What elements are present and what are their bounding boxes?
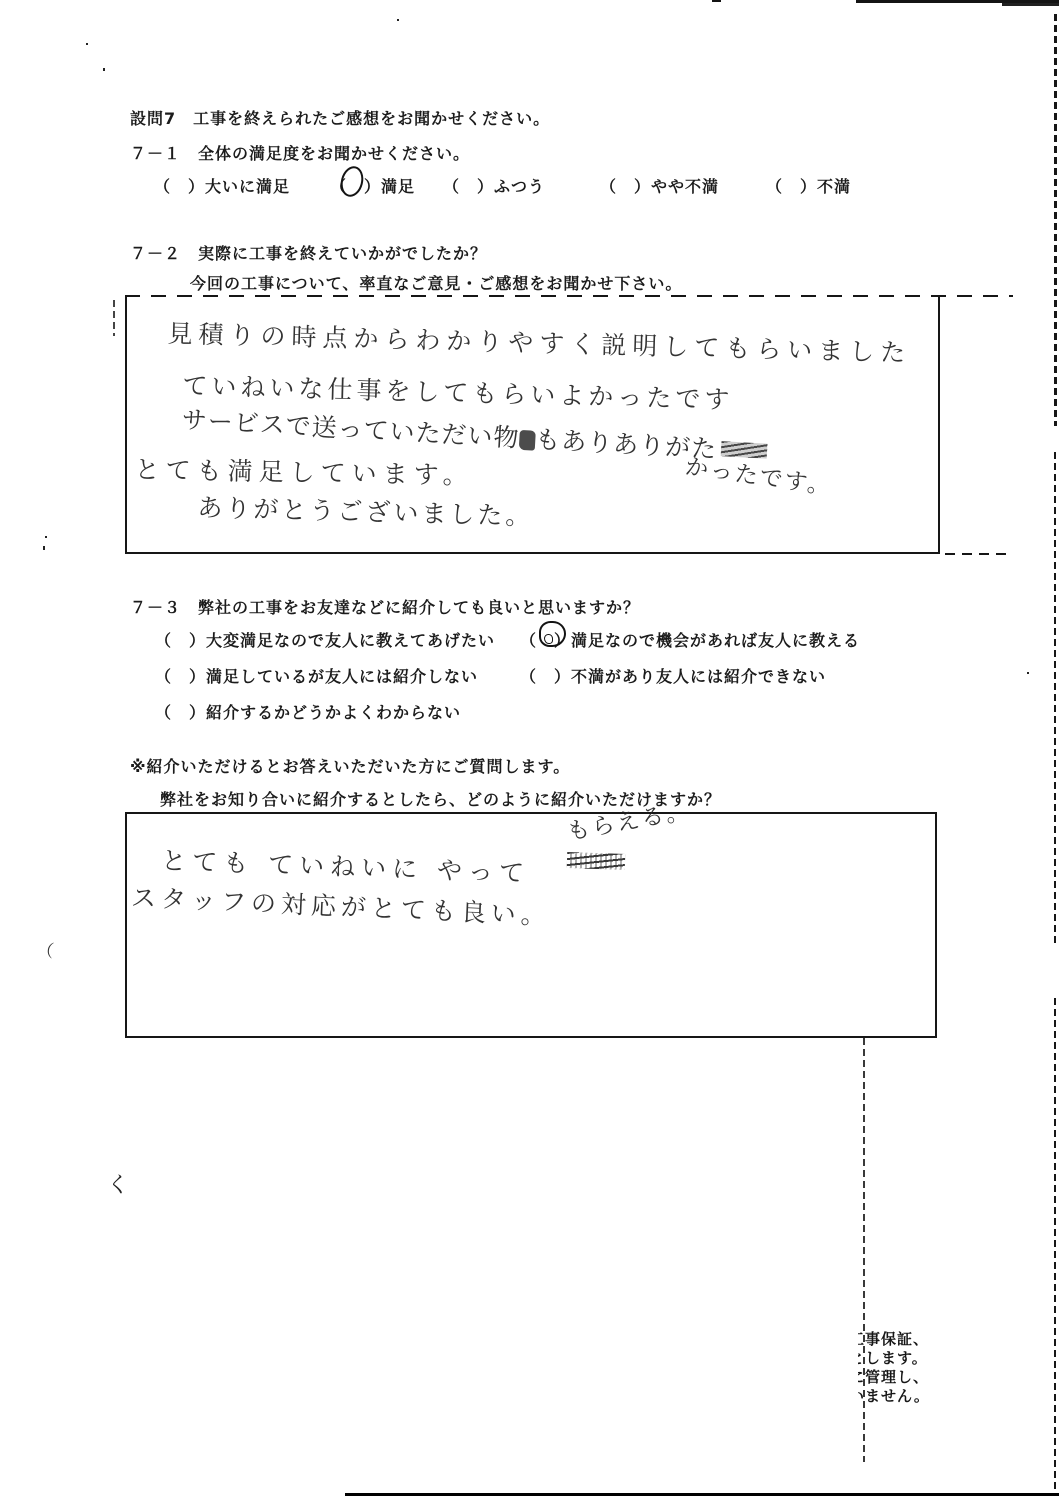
q71-option-yaya-fuman: （ ）やや不満	[600, 174, 719, 197]
question-7-2-prompt: 今回の工事について、率直なご意見・ご感想をお聞かせ下さい。	[190, 271, 682, 294]
q71-option-futsuu: （ ）ふつう	[443, 174, 545, 197]
scan-speck	[103, 68, 105, 71]
strikethrough-scribble	[567, 852, 626, 870]
q73-option-2: （ ）満足なので機会があれば友人に教える	[520, 628, 860, 651]
scan-artifact-page-fold-line	[863, 1038, 865, 1462]
scan-artifact-right-edge	[1054, 14, 1057, 426]
scan-artifact-top-dash	[712, 0, 721, 2]
ink-blot-scribble	[519, 430, 536, 451]
q73-option-1: （ ）大変満足なので友人に教えてあげたい	[155, 628, 495, 651]
scan-speck	[1027, 672, 1029, 674]
clipped-text-line: 工事保証、	[858, 1328, 929, 1349]
q73-option-3: （ ）満足しているが友人には紹介しない	[155, 664, 478, 687]
question-7-heading: 設問7 工事を終えられたご感想をお聞かせください。	[130, 106, 550, 129]
scan-artifact-dash	[113, 300, 115, 336]
stray-pen-mark: く	[107, 1168, 129, 1199]
q73-option-4: （ ）不満があり友人には紹介できない	[520, 664, 826, 687]
q71-option-fuman: （ ）不満	[766, 174, 851, 197]
handwritten-line: とても満足しています。	[134, 450, 474, 492]
stray-pen-mark: （	[35, 935, 55, 962]
scan-artifact-dash	[945, 553, 1013, 555]
scan-artifact-bottom-line	[345, 1493, 1059, 1496]
scan-speck	[43, 546, 45, 550]
clipped-text-line: に管理し、	[858, 1366, 929, 1387]
question-7-1-title: ７－１ 全体の満足度をお聞かせください。	[130, 141, 470, 164]
scan-artifact-right-edge	[1054, 998, 1056, 1492]
scan-artifact-right-edge	[1054, 452, 1056, 944]
scan-speck	[45, 536, 47, 538]
scan-artifact-top-corner	[1002, 0, 1059, 6]
q73-option-5: （ ）紹介するかどうかよくわからない	[155, 700, 461, 723]
question-7-2-title: ７－２ 実際に工事を終えていかがでしたか？	[130, 241, 487, 264]
scan-speck	[397, 19, 399, 21]
clipped-text-line: とします。	[858, 1347, 928, 1368]
scanned-survey-page: 設問7 工事を終えられたご感想をお聞かせください。 ７－１ 全体の満足度をお聞か…	[0, 0, 1059, 1497]
handwritten-circle-mark-q73	[539, 621, 566, 647]
clipped-text-line: いません。	[858, 1385, 930, 1406]
question-7-3-title: ７－３ 弊社の工事をお友達などに紹介しても良いと思いますか？	[130, 595, 640, 618]
scan-speck	[86, 43, 88, 45]
q71-option-daini-manzoku: （ ）大いに満足	[154, 174, 290, 197]
referral-note: ※紹介いただけるとお答えいただいた方にご質問します。	[130, 754, 570, 777]
